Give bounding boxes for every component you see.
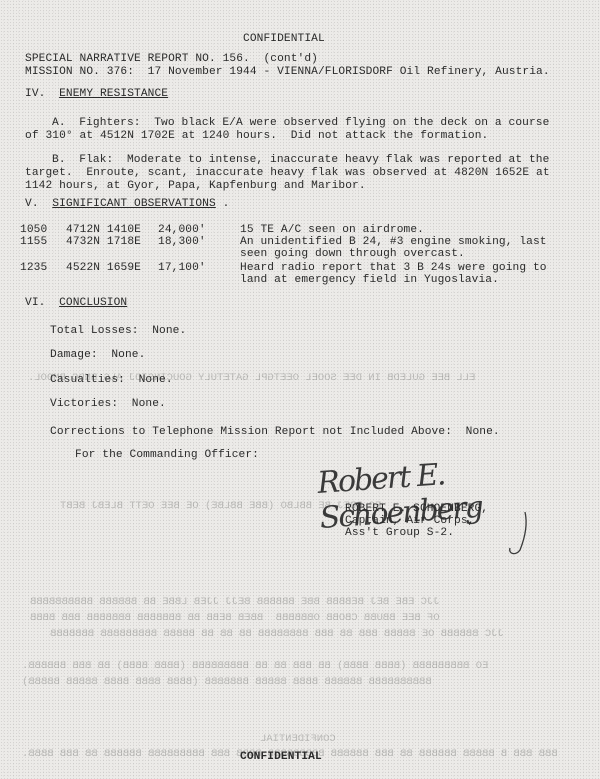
section-title: CONCLUSION — [59, 297, 127, 309]
section-vi-heading: VI. CONCLUSION — [25, 297, 127, 309]
report-title: SPECIAL NARRATIVE REPORT NO. 156. (cont'… — [25, 53, 318, 65]
fighters-line-2: of 310° at 4512N 1702E at 1240 hours. Di… — [25, 130, 488, 142]
section-title: SIGNIFICANT OBSERVATIONS — [52, 198, 216, 210]
damage: Damage: None. — [50, 349, 145, 361]
casualties: Casualties: None. — [50, 374, 173, 386]
obs-text: seen going down through overcast. — [240, 248, 465, 260]
for-commanding-officer: For the Commanding Officer: — [75, 449, 259, 461]
initials-mark — [500, 510, 550, 560]
obs-text: land at emergency field in Yugoslavia. — [240, 274, 499, 286]
obs-position: 4522N 1659E — [66, 262, 141, 274]
bleed-through-text: BBBBBBBBBB BBBBBB BBBB BBBBB BBBBBBB (BB… — [22, 676, 432, 688]
obs-altitude: 24,000' — [158, 224, 206, 236]
bleed-through-text: CONFIDENTIAL — [260, 733, 336, 745]
fighters-line-1: A. Fighters: Two black E/A were observed… — [52, 117, 549, 129]
obs-time: 1050 — [20, 224, 47, 236]
corrections: Corrections to Telephone Mission Report … — [50, 426, 500, 438]
section-number: VI. — [25, 297, 45, 309]
flak-line-1: B. Flak: Moderate to intense, inaccurate… — [52, 154, 549, 166]
section-number: IV. — [25, 88, 45, 100]
classification-footer: CONFIDENTIAL — [240, 751, 322, 763]
section-title: ENEMY RESISTANCE — [59, 88, 168, 100]
obs-altitude: 18,300' — [158, 236, 206, 248]
classification-header: CONFIDENTIAL — [243, 33, 325, 45]
section-number: V. — [25, 198, 39, 210]
bleed-through-text: EO BBBBBBBBB (BBBB BBBB) BB BBB BB BB BB… — [22, 660, 488, 672]
obs-position: 4732N 1718E — [66, 236, 141, 248]
obs-text: 15 TE A/C seen on airdrome. — [240, 224, 424, 236]
section-iv-heading: IV. ENEMY RESISTANCE — [25, 88, 168, 100]
section-v-heading: V. SIGNIFICANT OBSERVATIONS . — [25, 198, 229, 210]
bleed-through-text: OF BEE BBUBB CBOBB OBBBBBB BBEB BEBB BB … — [30, 612, 440, 624]
obs-position: 4712N 1410E — [66, 224, 141, 236]
bleed-through-text: JJC BBBBBB OE BBBBB BBB BB BBB BBBBBBBB … — [50, 628, 504, 640]
bleed-through-text: JJC EBE BEJ BEBBBB BBE BBBBBB BEJJ JJEB … — [30, 596, 440, 608]
total-losses: Total Losses: None. — [50, 325, 186, 337]
flak-line-3: 1142 hours, at Gyor, Papa, Kapfenburg an… — [25, 180, 366, 192]
obs-time: 1155 — [20, 236, 47, 248]
flak-line-2: target. Enroute, scant, inaccurate heavy… — [25, 167, 550, 179]
victories: Victories: None. — [50, 398, 166, 410]
obs-text: An unidentified B 24, #3 engine smoking,… — [240, 236, 547, 248]
signatory-rank: Captain, Air Corps, — [345, 515, 474, 527]
obs-text: Heard radio report that 3 B 24s were goi… — [240, 262, 547, 274]
mission-line: MISSION NO. 376: 17 November 1944 - VIEN… — [25, 66, 550, 78]
signatory-title: Ass't Group S-2. — [345, 527, 454, 539]
signatory-name: ROBERT E. SCHOENBERG, — [345, 503, 488, 515]
obs-altitude: 17,100' — [158, 262, 206, 274]
obs-time: 1235 — [20, 262, 47, 274]
